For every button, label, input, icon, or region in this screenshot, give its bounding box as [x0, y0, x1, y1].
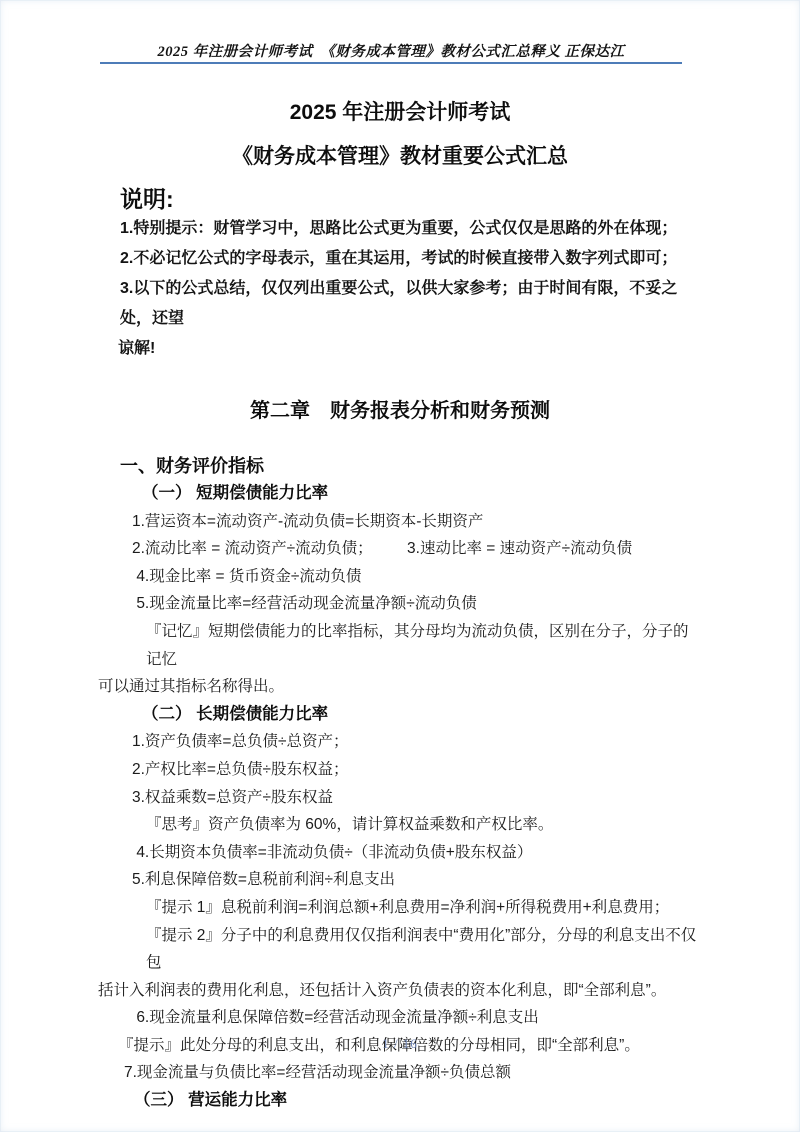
page-number: 1 / 16: [0, 1036, 800, 1052]
formula-line: 1.营运资本=流动资产-流动负债=长期资本-长期资产: [132, 508, 702, 536]
formula-line: 3.权益乘数=总资产÷股东权益: [132, 784, 702, 812]
formula-line: 4.长期资本负债率=非流动负债÷（非流动负债+股东权益）: [132, 839, 702, 867]
note-line-3-continued: 谅解!: [118, 334, 702, 364]
tip-2-line: 『提示 2』分子中的利息费用仅仅指利润表中“费用化”部分，分母的利息支出不仅包: [146, 922, 702, 977]
document-body: 2025 年注册会计师考试 《财务成本管理》教材重要公式汇总 说明: 1.特别提…: [0, 98, 800, 1115]
formula-line: 6.现金流量利息保障倍数=经营活动现金流量净额÷利息支出: [132, 1004, 702, 1032]
page-header: 2025 年注册会计师考试 《财务成本管理》教材公式汇总释义 正保达江: [100, 0, 682, 64]
note-line-1: 1.特别提示：财管学习中，思路比公式更为重要，公式仅仅是思路的外在体现；: [120, 214, 702, 244]
chapter-title: 第二章 财务报表分析和财务预测: [98, 396, 702, 426]
memory-note-continued: 可以通过其指标名称得出。: [98, 673, 702, 701]
think-note-line: 『思考』资产负债率为 60%，请计算权益乘数和产权比率。: [146, 811, 702, 839]
subsection-1-heading: （一） 短期偿债能力比率: [142, 480, 702, 508]
header-title: 2025 年注册会计师考试 《财务成本管理》教材公式汇总释义 正保达江: [100, 42, 682, 62]
formula-line: 7.现金流量与负债比率=经营活动现金流量净额÷负债总额: [124, 1059, 702, 1087]
subsection-3-heading: （三） 营运能力比率: [134, 1087, 702, 1115]
formula-line: 5.利息保障倍数=息税前利润÷利息支出: [132, 866, 702, 894]
formula-line: 2.流动比率 = 流动资产÷流动负债； 3.速动比率 = 速动资产÷流动负债: [132, 535, 702, 563]
formula-line: 5.现金流量比率=经营活动现金流量净额÷流动负债: [132, 590, 702, 618]
note-line-2: 2.不必记忆公式的字母表示，重在其运用，考试的时候直接带入数字列式即可；: [120, 244, 702, 274]
document-title-line2: 《财务成本管理》教材重要公式汇总: [98, 142, 702, 172]
tip-1-line: 『提示 1』息税前利润=利润总额+利息费用=净利润+所得税费用+利息费用；: [146, 894, 702, 922]
section-heading: 一、财务评价指标: [120, 452, 702, 480]
document-title-line1: 2025 年注册会计师考试: [98, 98, 702, 128]
document-page: 2025 年注册会计师考试 《财务成本管理》教材公式汇总释义 正保达江 2025…: [0, 0, 800, 1132]
formula-line: 2.产权比率=总负债÷股东权益；: [132, 756, 702, 784]
memory-note-line: 『记忆』短期偿债能力的比率指标，其分母均为流动负债，区别在分子，分子的记忆: [146, 618, 702, 673]
tip-2-continued: 括计入利润表的费用化利息，还包括计入资产负债表的资本化利息，即“全部利息”。: [98, 977, 702, 1005]
note-line-3: 3.以下的公式总结，仅仅列出重要公式，以供大家参考；由于时间有限，不妥之处，还望: [120, 274, 702, 334]
subsection-2-heading: （二） 长期偿债能力比率: [142, 701, 702, 729]
notes-heading: 说明:: [120, 184, 702, 214]
formula-line: 1.资产负债率=总负债÷总资产；: [132, 728, 702, 756]
formula-line: 4.现金比率 = 货币资金÷流动负债: [132, 563, 702, 591]
